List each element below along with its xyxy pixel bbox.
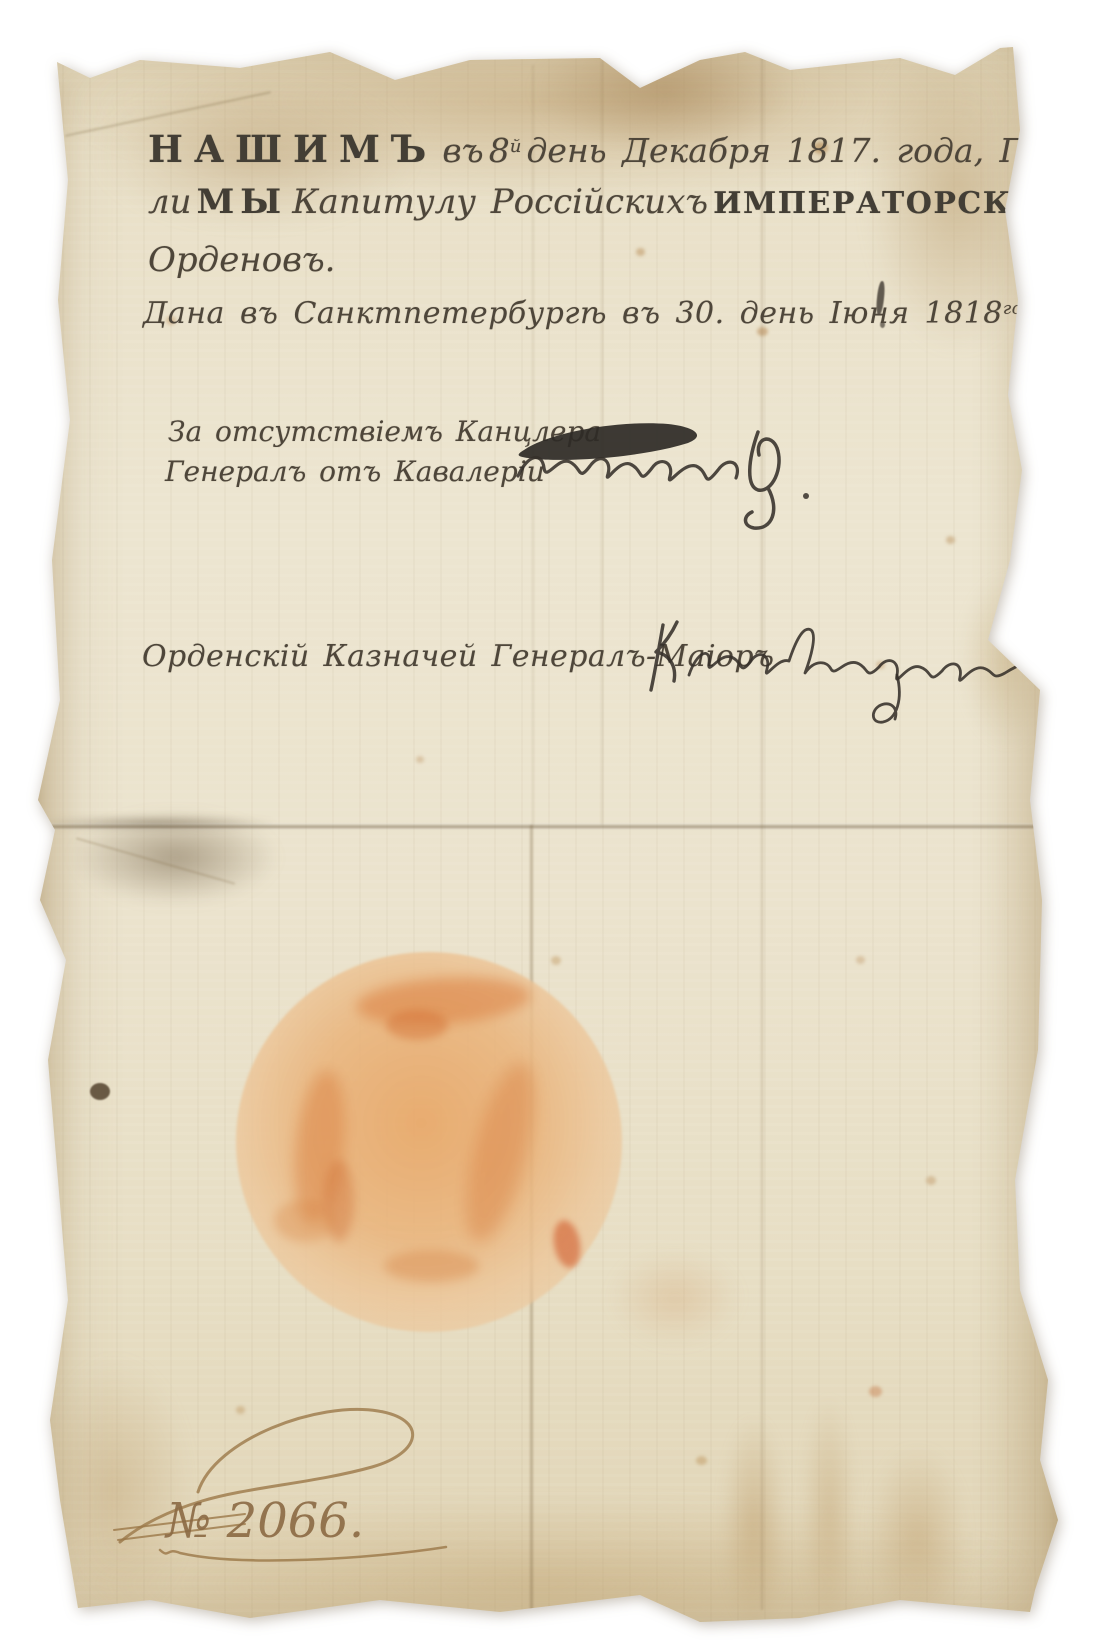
dark-spot [90, 1083, 110, 1100]
day-number: 8 [489, 131, 510, 170]
signature-treasurer [645, 595, 1035, 735]
paper-stain [803, 1400, 855, 1625]
script-text: въ [442, 131, 483, 170]
handwritten-day: 8й [489, 131, 522, 170]
date-text: Дана въ Санктпетербургѣ въ 30. день Іюня… [143, 296, 1003, 331]
chancellor-absence-line-2: Генералъ отъ Кавалеріи [165, 456, 545, 488]
day-suffix: й [510, 136, 522, 157]
paper-stain [723, 1420, 785, 1625]
printed-word: НАШИМЪ [148, 127, 437, 171]
script-text: Орденовъ. [148, 240, 335, 280]
paper-stain [870, 1450, 965, 1625]
signature-chancellor [510, 398, 850, 548]
document-line-3: Орденовъ. [148, 241, 335, 280]
signature-stroke [873, 675, 899, 722]
vertical-crease [761, 55, 763, 1610]
registration-number: № 2066. [164, 1493, 364, 1549]
seal-blotch [550, 1218, 584, 1270]
paper-sheet: НАШИМЪ въ 8й день Декабря 1817. года, По… [35, 25, 1060, 1630]
number-underline [160, 1547, 446, 1560]
year-suffix: го [1003, 299, 1022, 318]
foxing-spot [551, 956, 561, 965]
script-text: года. [1027, 296, 1094, 331]
paper-shadow-wrap: НАШИМЪ въ 8й день Декабря 1817. года, По… [0, 0, 1094, 1645]
script-text: день Декабря 1817. года, Повелѣ- [527, 131, 1094, 170]
foxing-spot [926, 1176, 936, 1185]
seal-blotch [288, 1068, 352, 1227]
seal-blotch [384, 1250, 479, 1282]
document-line-1: НАШИМЪ въ 8й день Декабря 1817. года, По… [148, 128, 1094, 171]
diagonal-crease [76, 837, 235, 884]
seal-blotch [452, 1056, 547, 1248]
signature-stroke [745, 432, 779, 528]
signature-stroke [518, 458, 737, 480]
paper-stain [983, 25, 1063, 1630]
printed-word: ИМПЕРАТОРСКИХЪ [713, 186, 1094, 221]
document-scan: НАШИМЪ въ 8й день Декабря 1817. года, По… [0, 0, 1094, 1645]
wax-seal [236, 952, 622, 1332]
ink-blot [519, 423, 697, 460]
foxing-spot [856, 956, 865, 964]
signature-dot [803, 493, 809, 499]
horizontal-fold-crease [35, 823, 1060, 830]
paper-stain [27, 85, 79, 1585]
signature-stroke [651, 622, 677, 690]
script-text: Капитулу Россійскихъ [292, 182, 708, 222]
seal-blotch [324, 1160, 354, 1242]
paper-stain [55, 35, 1035, 200]
paper-stain [610, 1250, 740, 1345]
foxing-spot [416, 756, 424, 763]
script-text: Дана въ Санктпетербургѣ въ 30. день Іюня… [143, 296, 1022, 331]
document-line-2: ли МЫ Капитулу Россійскихъ ИМПЕРАТОРСКИХ… [148, 183, 1094, 222]
issue-date-line: Дана въ Санктпетербургѣ въ 30. день Іюня… [143, 297, 1094, 332]
foxing-spot [869, 1386, 882, 1397]
foxing-spot [696, 1456, 707, 1465]
paper-stain [70, 810, 280, 905]
seal-blotch [274, 1200, 336, 1242]
seal-blotch [386, 1010, 448, 1040]
foxing-spot [636, 248, 645, 256]
registration-number-block: № 2066. [110, 1387, 555, 1572]
script-text: ли [148, 182, 192, 222]
fold-shadow [35, 815, 275, 831]
signature-stroke [689, 629, 1025, 680]
foxing-spot [946, 536, 955, 544]
printed-word: МЫ [197, 182, 288, 222]
seal-blotch [355, 972, 533, 1030]
script-text: Генералъ отъ Кавалеріи [165, 455, 545, 488]
